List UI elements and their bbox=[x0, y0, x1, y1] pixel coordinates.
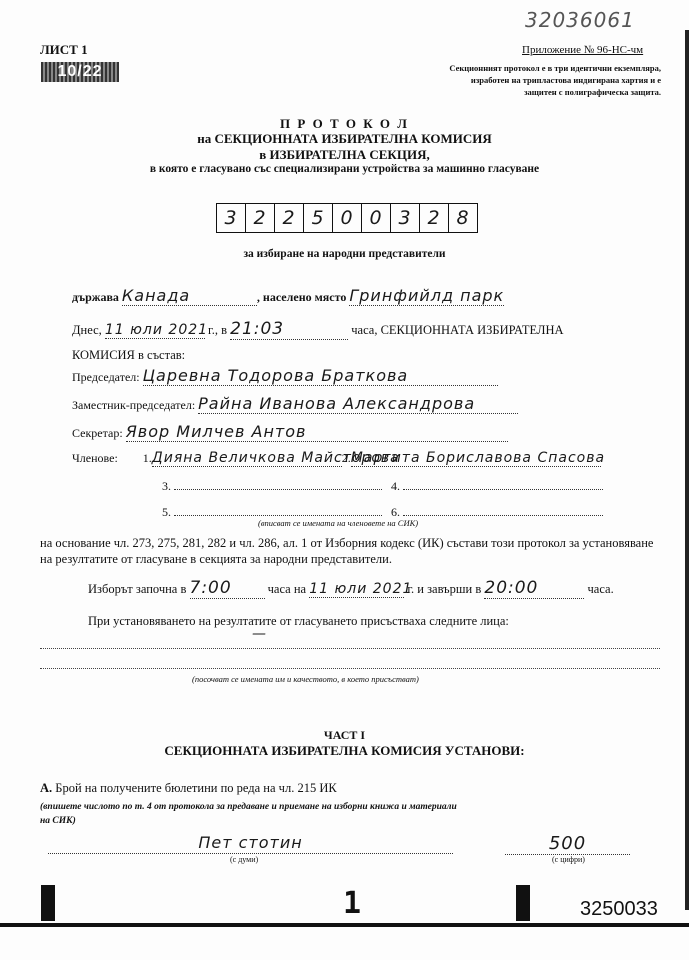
member-1-num: 1. bbox=[143, 451, 152, 465]
election-type: за избиране на народни представители bbox=[0, 248, 689, 260]
digit-box: 5 bbox=[304, 204, 333, 232]
place-label: , населено място bbox=[257, 290, 346, 304]
year-suffix: г., в bbox=[208, 323, 227, 337]
end-time-field[interactable]: 20:00 bbox=[484, 578, 584, 599]
member-5-num: 5. bbox=[162, 505, 171, 519]
members-row-1: Членове: 1.Дияна Величкова Майсторова2.М… bbox=[72, 450, 601, 467]
deputy-row: Заместник-председател: Райна Иванова Але… bbox=[72, 394, 518, 414]
title-line-3: в ИЗБИРАТЕЛНА СЕКЦИЯ, bbox=[0, 147, 689, 163]
chair-label: Председател: bbox=[72, 370, 140, 384]
digit-box: 8 bbox=[449, 204, 477, 232]
present-note: (посочват се имената им и качеството, в … bbox=[192, 674, 419, 684]
present-line-1[interactable] bbox=[40, 648, 660, 649]
title-line-4: в която е гласувано със специализирани у… bbox=[0, 163, 689, 175]
members-row-2: 3. 4. bbox=[162, 479, 603, 494]
on-label: часа на bbox=[268, 582, 306, 596]
place-field[interactable]: Гринфийлд парк bbox=[349, 286, 504, 306]
present-value: — bbox=[252, 626, 267, 642]
words-caption: (с думи) bbox=[230, 855, 258, 864]
deputy-field[interactable]: Райна Иванова Александрова bbox=[198, 394, 518, 414]
digit-box: 3 bbox=[391, 204, 420, 232]
member-4-num: 4. bbox=[391, 479, 400, 493]
member-2-num: 2. bbox=[342, 451, 351, 465]
today-label: Днес, bbox=[72, 323, 102, 337]
item-a-note: (впишете числото по т. 4 от протокола за… bbox=[40, 800, 460, 828]
member-5-field[interactable] bbox=[174, 515, 382, 516]
date-field[interactable]: 11 юли 2021 bbox=[105, 322, 205, 339]
present-label: При установяването на резултатите от гла… bbox=[88, 614, 509, 629]
country-label: държава bbox=[72, 290, 119, 304]
deputy-label: Заместник-председател: bbox=[72, 398, 195, 412]
barcode-mark-right bbox=[516, 885, 530, 921]
item-a-prefix: А. bbox=[40, 781, 52, 795]
protocol-title: П Р О Т О К О Л bbox=[0, 116, 689, 132]
time-field[interactable]: 21:03 bbox=[230, 319, 348, 340]
scan-bottom-edge bbox=[0, 923, 689, 927]
form-code: 3250033 bbox=[580, 898, 658, 921]
election-date-field[interactable]: 11 юли 2021 bbox=[309, 581, 404, 598]
digit-box: 3 bbox=[217, 204, 246, 232]
chair-field[interactable]: Царевна Тодорова Браткова bbox=[143, 366, 498, 386]
digit-box: 0 bbox=[362, 204, 391, 232]
item-a-label: А. Брой на получените бюлетини по реда н… bbox=[40, 781, 337, 796]
digit-box: 2 bbox=[246, 204, 275, 232]
member-3-num: 3. bbox=[162, 479, 171, 493]
digit-box: 2 bbox=[275, 204, 304, 232]
member-6-num: 6. bbox=[391, 505, 400, 519]
words-field[interactable]: Пет стотин bbox=[48, 833, 453, 854]
commission-composition-label: КОМИСИЯ в състав: bbox=[72, 348, 185, 363]
end-label: г. и завърши в bbox=[407, 582, 481, 596]
digits-field[interactable]: 500 bbox=[505, 833, 630, 855]
legal-basis-text: на основание чл. 273, 275, 281, 282 и чл… bbox=[40, 535, 665, 567]
member-2-field[interactable]: Маргита Бориславова Спасова bbox=[351, 450, 601, 467]
security-stamp: 10/22 bbox=[41, 62, 119, 82]
digits-value: 500 bbox=[549, 833, 586, 854]
present-line-2[interactable] bbox=[40, 668, 660, 669]
location-row: държава Канада, населено място Гринфийлд… bbox=[72, 286, 504, 306]
hours-label: часа, СЕКЦИОННАТА ИЗБИРАТЕЛНА bbox=[351, 323, 563, 337]
page-number: 1 bbox=[343, 886, 361, 921]
digits-caption: (с цифри) bbox=[552, 855, 585, 864]
secretary-field[interactable]: Явор Милчев Антов bbox=[126, 422, 508, 442]
part-subtitle: СЕКЦИОННАТА ИЗБИРАТЕЛНА КОМИСИЯ УСТАНОВИ… bbox=[0, 743, 689, 759]
barcode-mark-left bbox=[41, 885, 55, 921]
chair-row: Председател: Царевна Тодорова Браткова bbox=[72, 366, 498, 386]
start-time-field[interactable]: 7:00 bbox=[190, 578, 265, 599]
member-6-field[interactable] bbox=[403, 515, 603, 516]
start-label: Изборът започна в bbox=[88, 582, 186, 596]
annex-label: Приложение № 96-НС-чм bbox=[522, 44, 643, 56]
words-value: Пет стотин bbox=[198, 833, 302, 852]
protocol-note: Секционният протокол е в три идентични е… bbox=[449, 62, 661, 98]
country-field[interactable]: Канада bbox=[122, 286, 257, 306]
part-title: ЧАСТ I bbox=[0, 728, 689, 743]
election-times-row: Изборът започна в 7:00 часа на 11 юли 20… bbox=[88, 578, 614, 599]
title-line-2: на СЕКЦИОННАТА ИЗБИРАТЕЛНА КОМИСИЯ bbox=[0, 131, 689, 147]
date-row: Днес, 11 юли 2021 г., в 21:03 часа, СЕКЦ… bbox=[72, 319, 564, 340]
secretary-row: Секретар: Явор Милчев Антов bbox=[72, 422, 508, 442]
handwritten-number: 32036061 bbox=[525, 8, 635, 32]
sheet-label: ЛИСТ 1 bbox=[40, 42, 88, 58]
members-note: (вписват се имената на членовете на СИК) bbox=[258, 518, 418, 528]
members-label: Членове: bbox=[72, 451, 118, 465]
member-1-field[interactable]: Дияна Величкова Майсторова bbox=[152, 450, 342, 467]
hours-label-2: часа. bbox=[588, 582, 614, 596]
secretary-label: Секретар: bbox=[72, 426, 123, 440]
member-4-field[interactable] bbox=[403, 489, 603, 490]
digit-box: 0 bbox=[333, 204, 362, 232]
member-3-field[interactable] bbox=[174, 489, 382, 490]
digit-box: 2 bbox=[420, 204, 449, 232]
section-number-boxes: 3 2 2 5 0 0 3 2 8 bbox=[216, 203, 478, 233]
item-a-text: Брой на получените бюлетини по реда на ч… bbox=[55, 781, 336, 795]
